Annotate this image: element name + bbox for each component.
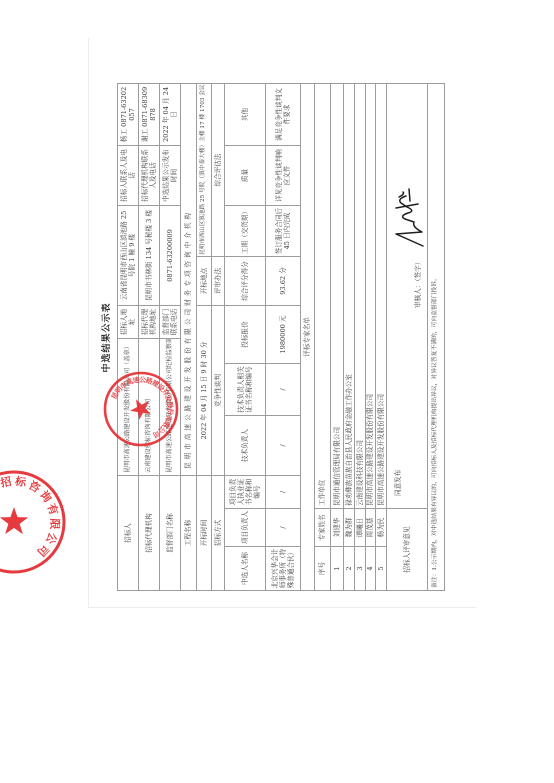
expert-no: 2 bbox=[344, 547, 355, 591]
expert-name: 杨为民 bbox=[376, 509, 387, 547]
expert-name: 周茂基 bbox=[366, 509, 376, 547]
opinion-cell: 同意发布 审核人：（签字） bbox=[387, 83, 428, 508]
reviewer-signature-label: 审核人：（签字） bbox=[414, 259, 422, 308]
agency-contact: 谢工 0871-68309878 bbox=[139, 83, 160, 145]
experts-header-row: 序号 专家姓名 工作单位 bbox=[315, 83, 331, 590]
project-row: 工程名称 昆明市高速公路建设开发股份有限公司财务专项咨询中介机构 bbox=[181, 83, 197, 590]
winner-header: 质量 bbox=[225, 145, 266, 205]
page-title: 中选结果公示表 bbox=[99, 84, 112, 591]
supervisor-phone-label: 监督部门联系电话 bbox=[160, 305, 181, 338]
expert-row: 5 杨为民 昆明市高速公路建设开发股份有限公司 bbox=[376, 83, 387, 590]
experts-header-unit: 工作单位 bbox=[315, 83, 331, 508]
review-value: 综合评估法 bbox=[212, 83, 225, 256]
winner-header: 其他 bbox=[225, 83, 266, 145]
expert-row: 3 谭曦日 云南建设科技有限公司 bbox=[355, 83, 366, 590]
expert-row: 1 刘建华 昆明市通信管理局有限公司 bbox=[331, 83, 344, 590]
opening-row: 开标时间 2022 年 04 月 15 日 9 时 30 分 开标地点 昆明市西… bbox=[197, 83, 212, 590]
technical-leader: / bbox=[266, 416, 301, 476]
result-table: 招标人 昆明市高速公路建设开发股份有限公司（盖章） 招标人地址 云南省昆明市西山… bbox=[117, 83, 445, 591]
supervisor-row: 监督部门名称 昆明市高速公路建设开发股份有限公司纪检监察部 监督部门联系电话 0… bbox=[160, 83, 181, 590]
publish-time: 2022 年 04 月 24 日 bbox=[160, 83, 181, 145]
winner-header: 投标报价 bbox=[225, 305, 266, 363]
expert-name: 魏为群 bbox=[344, 509, 355, 547]
bid-price: 1980000 元 bbox=[266, 305, 301, 363]
supervisor-label: 监督部门名称 bbox=[160, 476, 181, 591]
expert-unit: 昆明市高速公路建设开发股份有限公司 bbox=[366, 83, 376, 508]
document-page: 中选结果公示表 招标人 昆明市高速公路建设开发股份有限公司（盖章） 招标人地址 … bbox=[88, 38, 476, 608]
expert-unit: 昆明市通信管理局有限公司 bbox=[331, 83, 344, 508]
opening-time: 2022 年 04 月 15 日 9 时 30 分 bbox=[197, 305, 212, 475]
other: 满足竞争性谈判文件要求 bbox=[266, 83, 301, 145]
experts-header-name: 专家姓名 bbox=[315, 509, 331, 547]
expert-no: 1 bbox=[331, 547, 344, 591]
remark-text: 备注：1.公示期内，对中选结果有异议的，可向招标人及招标代理机构提出异议，对异议… bbox=[428, 83, 445, 590]
expert-no: 3 bbox=[355, 547, 366, 591]
overall-score: 93.62 分 bbox=[266, 256, 301, 305]
seal-star-icon bbox=[0, 507, 28, 534]
expert-unit: 禄劝彝族苗族自治县人民政府金融工作办公室 bbox=[344, 83, 355, 508]
quality: 详见竞争性谈判响应文件 bbox=[266, 145, 301, 205]
winner-value-row: 北京兴华会计师事务所（特殊普通合伙） / / / / 1980000 元 93.… bbox=[266, 83, 301, 590]
opinion-content: 同意发布 审核人：（签字） bbox=[387, 84, 426, 508]
winner-header: 项目负责人 bbox=[225, 509, 266, 547]
opening-place-label: 开标地点 bbox=[197, 256, 212, 305]
opening-place: 昆明市西山区滇池路 25 号院（滇中泰大楼）主楼 17 楼 1703 会议室 bbox=[197, 83, 212, 256]
duration: 签订服务合同后 45 日内完成 bbox=[266, 205, 301, 256]
agency-address-label: 招标代理机构地址 bbox=[139, 305, 160, 338]
expert-name: 刘建华 bbox=[331, 509, 344, 547]
remark-row: 备注：1.公示期内，对中选结果有异议的，可向招标人及招标代理机构提出异议，对异议… bbox=[428, 83, 445, 590]
winner-header: 项目负责人执业证书名称和编号 bbox=[225, 476, 266, 509]
opinion-value: 同意发布 bbox=[394, 470, 402, 496]
winner-header: 综合评分得分 bbox=[225, 256, 266, 305]
reviewer-signature bbox=[391, 187, 429, 249]
winner-header: 技术负责人相关证书名称和编号 bbox=[225, 364, 266, 416]
winner-header: 中选人名称 bbox=[225, 547, 266, 591]
expert-no: 5 bbox=[376, 547, 387, 591]
agency-contact-label: 招标代理机构联系人及电话 bbox=[139, 145, 160, 205]
method-row: 招标方式 竞争性谈判 评审办法 综合评估法 bbox=[212, 83, 225, 590]
expert-row: 4 周茂基 昆明市高速公路建设开发股份有限公司 bbox=[366, 83, 376, 590]
expert-no: 4 bbox=[366, 547, 376, 591]
winner-name: 北京兴华会计师事务所（特殊普通合伙） bbox=[266, 547, 301, 591]
bidder-contact-label: 招标人联系人及电话 bbox=[118, 145, 139, 205]
method-value: 竞争性谈判 bbox=[212, 305, 225, 475]
winner-header-row: 中选人名称 项目负责人 项目负责人执业证书名称和编号 技术负责人 技术负责人相关… bbox=[225, 83, 266, 590]
agency-row: 招标代理机构 云南建设招标咨询有限公司 招标代理机构地址 昆明市书林街 134 … bbox=[139, 83, 160, 590]
project-leader-cert: / bbox=[266, 476, 301, 509]
project-leader: / bbox=[266, 509, 301, 547]
project-name: 昆明市高速公路建设开发股份有限公司财务专项咨询中介机构 bbox=[181, 83, 197, 475]
seal-star-icon bbox=[127, 394, 156, 423]
winner-header: 工期（交货期） bbox=[225, 205, 266, 256]
experts-header-no: 序号 bbox=[315, 547, 331, 591]
technical-leader-cert: / bbox=[266, 364, 301, 416]
agency-label: 招标代理机构 bbox=[139, 476, 160, 591]
bidder-label: 招标人 bbox=[118, 476, 139, 591]
expert-unit: 昆明市高速公路建设开发股份有限公司 bbox=[376, 83, 387, 508]
opinion-row: 招标人评审意见 同意发布 审核人：（签字） bbox=[387, 83, 428, 590]
bidder-address-label: 招标人地址 bbox=[118, 305, 139, 338]
experts-title: 评标专家名单 bbox=[301, 83, 315, 590]
project-label: 工程名称 bbox=[181, 476, 197, 591]
agency-address: 昆明市书林街 134 号秘楼 3 楼 bbox=[139, 205, 160, 305]
svg-text:招标咨询有限公司: 招标咨询有限公司 bbox=[0, 474, 62, 560]
expert-row: 2 魏为群 禄劝彝族苗族自治县人民政府金融工作办公室 bbox=[344, 83, 355, 590]
experts-title-row: 评标专家名单 bbox=[301, 83, 315, 590]
bidder-contact: 杨工 0871-63202057 bbox=[118, 83, 139, 145]
agency-seal-text: 招标咨询有限公司 bbox=[0, 474, 62, 560]
bidder-address: 云南省昆明市西山区滇池路 25 号院 1 幢 9 楼 bbox=[118, 205, 139, 305]
bidder-seal: 昆明市高速公路建设开发股份有限公司 bbox=[101, 369, 181, 449]
agency-seal: 招标咨询有限公司 bbox=[0, 460, 80, 590]
bidder-row: 招标人 昆明市高速公路建设开发股份有限公司（盖章） 招标人地址 云南省昆明市西山… bbox=[118, 83, 139, 590]
supervisor-phone: 0871-63200009 bbox=[160, 205, 181, 305]
winner-header: 技术负责人 bbox=[225, 416, 266, 476]
review-label: 评审办法 bbox=[212, 256, 225, 305]
publish-time-label: 中选结果公示发布时间 bbox=[160, 145, 181, 205]
opening-time-label: 开标时间 bbox=[197, 476, 212, 591]
method-label: 招标方式 bbox=[212, 476, 225, 591]
opinion-label: 招标人评审意见 bbox=[387, 509, 428, 591]
expert-unit: 云南建设科技有限公司 bbox=[355, 83, 366, 508]
expert-name: 谭曦日 bbox=[355, 509, 366, 547]
